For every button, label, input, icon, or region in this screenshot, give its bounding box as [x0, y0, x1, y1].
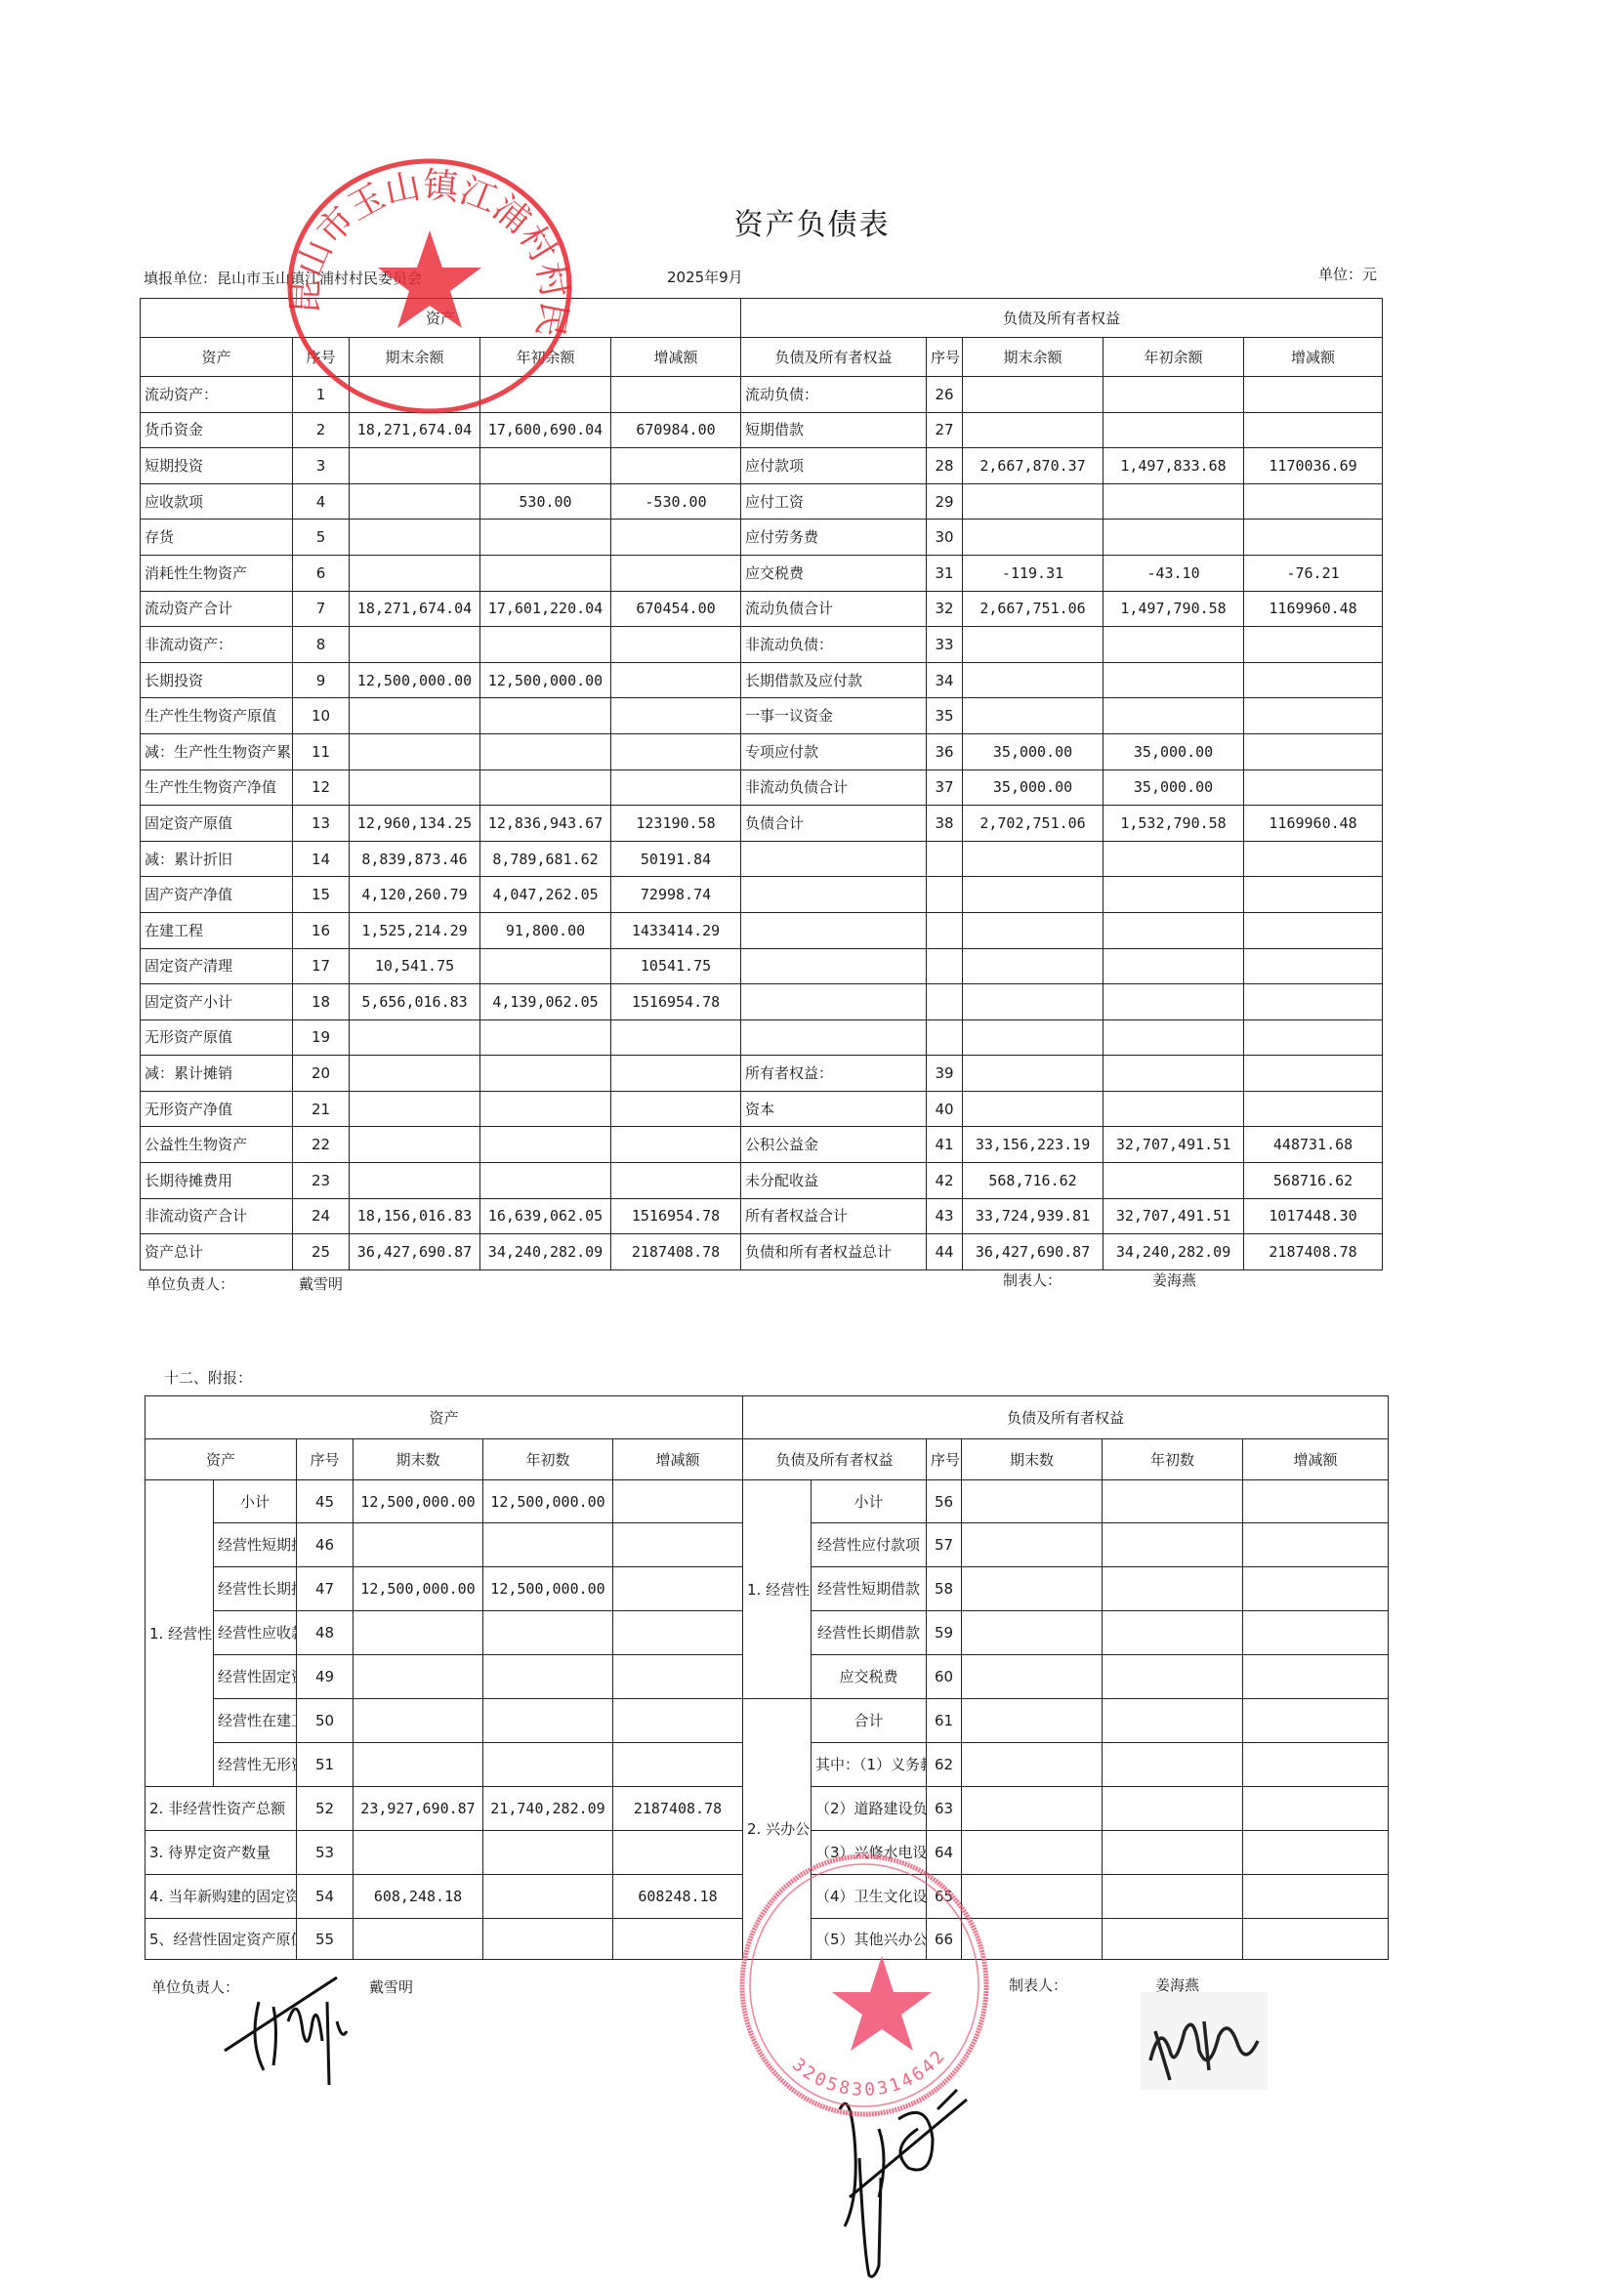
asset-begin-balance — [480, 520, 611, 556]
asset-item-name: 长期投资 — [141, 662, 293, 698]
asset-begin-balance: 4,047,262.05 — [480, 877, 611, 913]
liability-item-name: （4）卫生文化设施负债 — [812, 1875, 927, 1919]
liability-begin-balance — [1103, 877, 1244, 913]
appendix-asset-column-header: 资产 — [146, 1439, 297, 1480]
asset-begin-balance — [480, 627, 611, 663]
liability-end-value — [962, 1831, 1103, 1875]
liability-begin-value — [1103, 1831, 1243, 1875]
appendix-liability-column-header: 年初数 — [1103, 1439, 1243, 1480]
liability-change — [1244, 770, 1383, 806]
liability-change — [1244, 1091, 1383, 1127]
asset-item-number: 3 — [293, 448, 350, 484]
liability-begin-balance — [1103, 984, 1244, 1020]
liability-change — [1244, 377, 1383, 413]
liability-item-number: 62 — [927, 1743, 962, 1787]
asset-item-name: 4. 当年新购建的固定资产 — [146, 1875, 297, 1919]
table-row: 流动资产：1流动负债：26 — [141, 377, 1383, 413]
liability-end-balance — [963, 483, 1103, 520]
appendix-assets-header: 资产 — [146, 1396, 743, 1439]
asset-end-balance: 12,500,000.00 — [350, 662, 480, 698]
balance-sheet-table: 资产 负债及所有者权益 资产序号期末余额年初余额增减额负债及所有者权益序号期末余… — [140, 298, 1383, 1270]
liability-change — [1244, 662, 1383, 698]
asset-begin-balance — [480, 1091, 611, 1127]
asset-begin-balance: 530.00 — [480, 483, 611, 520]
asset-item-number: 17 — [293, 948, 350, 984]
liability-item-number: 60 — [927, 1655, 962, 1699]
asset-end-value — [354, 1831, 483, 1875]
asset-change: 10541.75 — [611, 948, 741, 984]
preparer-label: 制表人： — [1003, 1269, 1062, 1290]
liability-column-header: 增减额 — [1244, 338, 1383, 377]
asset-begin-balance: 17,600,690.04 — [480, 412, 611, 448]
asset-item-name: 经营性固定资产净值 — [214, 1655, 297, 1699]
table-row: 固定资产原值1312,960,134.2512,836,943.67123190… — [141, 806, 1383, 842]
liability-begin-balance — [1103, 1056, 1244, 1092]
asset-change: 50191.84 — [611, 841, 741, 877]
asset-column-header: 序号 — [293, 338, 350, 377]
asset-end-value: 23,927,690.87 — [354, 1787, 483, 1831]
table-row: 减：累计摊销20所有者权益：39 — [141, 1056, 1383, 1092]
asset-change — [613, 1743, 743, 1787]
asset-item-number: 15 — [293, 877, 350, 913]
signature-scribble-icon — [1141, 1992, 1268, 2090]
liability-end-balance — [963, 877, 1103, 913]
asset-begin-balance: 4,139,062.05 — [480, 984, 611, 1020]
table-row: 固定资产小计185,656,016.834,139,062.051516954.… — [141, 984, 1383, 1020]
liability-change — [1244, 1056, 1383, 1092]
asset-change — [611, 627, 741, 663]
liability-item-number: 33 — [927, 627, 963, 663]
asset-item-number: 25 — [293, 1234, 350, 1270]
asset-end-balance: 4,120,260.79 — [350, 877, 480, 913]
table-row: 存货5应付劳务费30 — [141, 520, 1383, 556]
filing-unit: 填报单位：昆山市玉山镇江浦村村民委员会 — [144, 268, 422, 288]
liability-column-header: 负债及所有者权益 — [741, 338, 927, 377]
asset-change: 123190.58 — [611, 806, 741, 842]
asset-change — [611, 377, 741, 413]
liability-change — [1244, 698, 1383, 734]
asset-item-name: 流动资产： — [141, 377, 293, 413]
liability-item-name: 资本 — [741, 1091, 927, 1127]
liability-change: 1169960.48 — [1244, 591, 1383, 627]
liability-begin-balance — [1103, 1091, 1244, 1127]
table-row: 减：生产性生物资产累计折旧11专项应付款3635,000.0035,000.00 — [141, 733, 1383, 770]
liability-item-number: 66 — [927, 1919, 962, 1960]
asset-item-number: 51 — [297, 1743, 354, 1787]
liability-begin-balance — [1103, 412, 1244, 448]
liability-begin-balance: 35,000.00 — [1103, 770, 1244, 806]
liability-end-balance — [963, 1019, 1103, 1056]
liability-item-number: 42 — [927, 1163, 963, 1199]
asset-begin-value: 12,500,000.00 — [483, 1567, 613, 1611]
liability-end-balance: 2,702,751.06 — [963, 806, 1103, 842]
asset-end-value — [354, 1655, 483, 1699]
liability-item-name: 流动负债： — [741, 377, 927, 413]
table-row: 经营性在建工程502. 兴办公益事业负债合计61 — [146, 1699, 1389, 1743]
table-row: 非流动资产：8非流动负债：33 — [141, 627, 1383, 663]
liability-change — [1244, 948, 1383, 984]
appendix-liabilities-header: 负债及所有者权益 — [743, 1396, 1389, 1439]
asset-item-number: 24 — [293, 1198, 350, 1234]
asset-column-header: 期末余额 — [350, 338, 480, 377]
liability-column-header: 序号 — [927, 338, 963, 377]
liability-end-value — [962, 1655, 1103, 1699]
asset-change: 608248.18 — [613, 1875, 743, 1919]
table-row: 减：累计折旧148,839,873.468,789,681.6250191.84 — [141, 841, 1383, 877]
asset-change — [613, 1567, 743, 1611]
liability-end-value — [962, 1875, 1103, 1919]
asset-item-number: 23 — [293, 1163, 350, 1199]
liability-begin-value — [1103, 1743, 1243, 1787]
liability-end-balance — [963, 662, 1103, 698]
asset-item-name: 生产性生物资产净值 — [141, 770, 293, 806]
liability-begin-value — [1103, 1480, 1243, 1523]
liability-item-name: 未分配收益 — [741, 1163, 927, 1199]
liability-item-name: 负债和所有者权益总计 — [741, 1234, 927, 1270]
asset-begin-value — [483, 1655, 613, 1699]
liability-item-name — [741, 877, 927, 913]
liability-item-name: 应付款项 — [741, 448, 927, 484]
asset-end-value — [354, 1743, 483, 1787]
asset-begin-value — [483, 1831, 613, 1875]
liability-change — [1243, 1567, 1389, 1611]
liability-change — [1244, 412, 1383, 448]
liability-change: 1170036.69 — [1244, 448, 1383, 484]
unit-head-label: 单位负责人： — [146, 1273, 234, 1294]
asset-item-name: 资产总计 — [141, 1234, 293, 1270]
asset-begin-value — [483, 1611, 613, 1655]
asset-item-number: 5 — [293, 520, 350, 556]
liability-change — [1244, 877, 1383, 913]
liability-change — [1244, 841, 1383, 877]
liability-begin-value — [1103, 1611, 1243, 1655]
table-row: 流动资产合计718,271,674.0417,601,220.04670454.… — [141, 591, 1383, 627]
asset-change: 72998.74 — [611, 877, 741, 913]
asset-item-number: 48 — [297, 1611, 354, 1655]
asset-change: -530.00 — [611, 483, 741, 520]
asset-change — [611, 1091, 741, 1127]
asset-change: 670454.00 — [611, 591, 741, 627]
liability-end-balance — [963, 377, 1103, 413]
asset-end-balance: 18,271,674.04 — [350, 412, 480, 448]
liability-item-number: 26 — [927, 377, 963, 413]
asset-begin-value — [483, 1523, 613, 1567]
asset-item-name: 经营性短期投资 — [214, 1523, 297, 1567]
asset-item-name: 流动资产合计 — [141, 591, 293, 627]
asset-begin-balance: 12,836,943.67 — [480, 806, 611, 842]
asset-begin-balance — [480, 1019, 611, 1056]
appendix-asset-column-header: 期末数 — [354, 1439, 483, 1480]
asset-item-name: 3. 待界定资产数量 — [146, 1831, 297, 1875]
asset-item-number: 47 — [297, 1567, 354, 1611]
liability-end-value — [962, 1743, 1103, 1787]
liability-item-name: 应交税费 — [741, 555, 927, 591]
asset-item-number: 50 — [297, 1699, 354, 1743]
asset-end-balance: 12,960,134.25 — [350, 806, 480, 842]
liability-end-balance — [963, 1056, 1103, 1092]
liability-item-name: 应付工资 — [741, 483, 927, 520]
asset-begin-balance — [480, 770, 611, 806]
liability-begin-balance — [1103, 841, 1244, 877]
liability-change: 2187408.78 — [1244, 1234, 1383, 1270]
liability-item-number: 44 — [927, 1234, 963, 1270]
asset-item-number: 54 — [297, 1875, 354, 1919]
liability-change: 448731.68 — [1244, 1127, 1383, 1163]
asset-change — [611, 555, 741, 591]
liability-item-name: （5）其他兴办公益事业负债 — [812, 1919, 927, 1960]
asset-begin-balance: 17,601,220.04 — [480, 591, 611, 627]
asset-end-value — [354, 1523, 483, 1567]
liability-item-number: 65 — [927, 1875, 962, 1919]
liability-item-name — [741, 984, 927, 1020]
asset-begin-balance: 12,500,000.00 — [480, 662, 611, 698]
liability-end-balance: -119.31 — [963, 555, 1103, 591]
asset-end-balance — [350, 448, 480, 484]
liability-begin-balance: -43.10 — [1103, 555, 1244, 591]
asset-item-number: 55 — [297, 1919, 354, 1960]
liability-change — [1244, 1019, 1383, 1056]
liability-begin-balance — [1103, 520, 1244, 556]
liability-item-number: 34 — [927, 662, 963, 698]
asset-change — [611, 1163, 741, 1199]
asset-item-name: 固定资产清理 — [141, 948, 293, 984]
liability-begin-balance: 35,000.00 — [1103, 733, 1244, 770]
table-row: 长期投资912,500,000.0012,500,000.00长期借款及应付款3… — [141, 662, 1383, 698]
appendix-liability-column-header: 期末数 — [962, 1439, 1103, 1480]
asset-end-balance — [350, 1127, 480, 1163]
asset-end-balance: 10,541.75 — [350, 948, 480, 984]
asset-item-number: 1 — [293, 377, 350, 413]
asset-change — [611, 698, 741, 734]
asset-item-number: 7 — [293, 591, 350, 627]
asset-item-name: 长期待摊费用 — [141, 1163, 293, 1199]
liability-group-label: 1. 经营性负债总额 — [743, 1480, 812, 1699]
liability-begin-balance — [1103, 1163, 1244, 1199]
liability-item-name: 经营性应付款项 — [812, 1523, 927, 1567]
appendix-liability-column-header: 序号 — [927, 1439, 962, 1480]
liability-end-value — [962, 1611, 1103, 1655]
liability-change — [1244, 984, 1383, 1020]
liability-begin-value — [1103, 1655, 1243, 1699]
asset-item-number: 13 — [293, 806, 350, 842]
liability-end-value — [962, 1567, 1103, 1611]
asset-change: 2187408.78 — [613, 1787, 743, 1831]
table-row: 资产总计2536,427,690.8734,240,282.092187408.… — [141, 1234, 1383, 1270]
asset-item-name: 经营性无形资产 — [214, 1743, 297, 1787]
liability-begin-balance — [1103, 377, 1244, 413]
table-row: 应收款项4530.00-530.00应付工资29 — [141, 483, 1383, 520]
asset-item-name: 减：生产性生物资产累计折旧 — [141, 733, 293, 770]
assets-section-header: 资产 — [141, 299, 741, 338]
liability-end-balance — [963, 984, 1103, 1020]
liability-column-header: 年初余额 — [1103, 338, 1244, 377]
liability-begin-balance — [1103, 912, 1244, 948]
asset-change — [611, 733, 741, 770]
liability-begin-balance — [1103, 662, 1244, 698]
liability-end-balance: 35,000.00 — [963, 770, 1103, 806]
asset-item-name: 固定资产小计 — [141, 984, 293, 1020]
liability-change — [1243, 1523, 1389, 1567]
liability-end-value — [962, 1699, 1103, 1743]
liability-item-name: 所有者权益合计 — [741, 1198, 927, 1234]
liability-item-name: 长期借款及应付款 — [741, 662, 927, 698]
asset-end-balance — [350, 483, 480, 520]
asset-item-number: 49 — [297, 1655, 354, 1699]
liability-item-number — [927, 877, 963, 913]
liability-begin-value — [1103, 1875, 1243, 1919]
liability-change — [1244, 733, 1383, 770]
asset-end-balance — [350, 698, 480, 734]
liability-item-name — [741, 912, 927, 948]
asset-item-name: 应收款项 — [141, 483, 293, 520]
asset-column-header: 年初余额 — [480, 338, 611, 377]
liability-end-balance: 35,000.00 — [963, 733, 1103, 770]
liability-item-name: 所有者权益： — [741, 1056, 927, 1092]
liability-item-name: 其中：（1）义务教育负债 — [812, 1743, 927, 1787]
asset-item-number: 4 — [293, 483, 350, 520]
table-row: 无形资产原值19 — [141, 1019, 1383, 1056]
asset-item-number: 52 — [297, 1787, 354, 1831]
asset-item-number: 19 — [293, 1019, 350, 1056]
asset-item-name: 经营性长期投资 — [214, 1567, 297, 1611]
asset-begin-value — [483, 1875, 613, 1919]
liability-item-number: 32 — [927, 591, 963, 627]
asset-change: 1516954.78 — [611, 984, 741, 1020]
asset-change — [613, 1655, 743, 1699]
liability-item-number — [927, 948, 963, 984]
asset-item-name: 短期投资 — [141, 448, 293, 484]
asset-begin-value: 21,740,282.09 — [483, 1787, 613, 1831]
asset-end-balance: 8,839,873.46 — [350, 841, 480, 877]
liability-item-name — [741, 1019, 927, 1056]
liability-item-number: 36 — [927, 733, 963, 770]
asset-change — [613, 1699, 743, 1743]
liability-begin-value — [1103, 1567, 1243, 1611]
liability-end-balance — [963, 698, 1103, 734]
currency-unit: 单位：元 — [1318, 264, 1377, 284]
asset-change — [613, 1480, 743, 1523]
table-row: 生产性生物资产原值10一事一议资金35 — [141, 698, 1383, 734]
liability-begin-balance — [1103, 627, 1244, 663]
asset-begin-balance — [480, 1127, 611, 1163]
asset-end-balance: 1,525,214.29 — [350, 912, 480, 948]
asset-end-balance — [350, 555, 480, 591]
asset-change — [611, 770, 741, 806]
asset-end-value: 608,248.18 — [354, 1875, 483, 1919]
asset-change — [613, 1523, 743, 1567]
asset-end-balance — [350, 1019, 480, 1056]
liability-begin-balance — [1103, 948, 1244, 984]
liability-begin-value — [1103, 1787, 1243, 1831]
asset-item-name: 在建工程 — [141, 912, 293, 948]
liability-change: 1017448.30 — [1244, 1198, 1383, 1234]
liability-item-name: 负债合计 — [741, 806, 927, 842]
asset-item-number: 12 — [293, 770, 350, 806]
liability-item-name: 流动负债合计 — [741, 591, 927, 627]
report-period: 2025年9月 — [667, 267, 743, 287]
liability-end-balance — [963, 912, 1103, 948]
table-row: 固产资产净值154,120,260.794,047,262.0572998.74 — [141, 877, 1383, 913]
asset-begin-value — [483, 1743, 613, 1787]
liability-item-number: 38 — [927, 806, 963, 842]
preparer-name: 姜海燕 — [1152, 1269, 1196, 1290]
red-star-seal-icon — [832, 1956, 932, 2051]
asset-end-balance — [350, 627, 480, 663]
asset-begin-balance — [480, 733, 611, 770]
asset-item-name: 非流动资产合计 — [141, 1198, 293, 1234]
liability-item-name: 经营性短期借款 — [812, 1567, 927, 1611]
appendix-asset-column-header: 年初数 — [483, 1439, 613, 1480]
asset-item-number: 53 — [297, 1831, 354, 1875]
asset-item-number: 46 — [297, 1523, 354, 1567]
asset-begin-value — [483, 1919, 613, 1960]
liability-item-number — [927, 912, 963, 948]
liability-item-number — [927, 1019, 963, 1056]
liability-end-balance: 2,667,870.37 — [963, 448, 1103, 484]
asset-item-number: 11 — [293, 733, 350, 770]
liability-item-number: 57 — [927, 1523, 962, 1567]
liability-end-balance — [963, 948, 1103, 984]
liability-change — [1243, 1875, 1389, 1919]
liability-end-balance — [963, 1091, 1103, 1127]
liability-change — [1243, 1699, 1389, 1743]
liability-change — [1244, 483, 1383, 520]
liability-end-balance: 2,667,751.06 — [963, 591, 1103, 627]
liability-begin-balance: 1,497,833.68 — [1103, 448, 1244, 484]
liability-item-number: 58 — [927, 1567, 962, 1611]
liability-item-name: 合计 — [812, 1699, 927, 1743]
asset-column-header: 资产 — [141, 338, 293, 377]
asset-begin-balance — [480, 555, 611, 591]
asset-item-name: 消耗性生物资产 — [141, 555, 293, 591]
liability-item-number: 63 — [927, 1787, 962, 1831]
liability-change — [1244, 912, 1383, 948]
liability-end-balance: 33,724,939.81 — [963, 1198, 1103, 1234]
liability-item-name: 经营性长期借款 — [812, 1611, 927, 1655]
asset-item-number: 22 — [293, 1127, 350, 1163]
liability-item-name: 非流动负债： — [741, 627, 927, 663]
liability-group-label: 2. 兴办公益事业负债 — [743, 1699, 812, 1960]
table-row: 非流动资产合计2418,156,016.8316,639,062.0515169… — [141, 1198, 1383, 1234]
liability-item-number: 30 — [927, 520, 963, 556]
table-row: 长期待摊费用23未分配收益42568,716.62568716.62 — [141, 1163, 1383, 1199]
liability-item-name: 一事一议资金 — [741, 698, 927, 734]
asset-item-name: 经营性在建工程 — [214, 1699, 297, 1743]
asset-item-name: 减：累计摊销 — [141, 1056, 293, 1092]
asset-change — [611, 662, 741, 698]
asset-change — [611, 1127, 741, 1163]
liability-item-number: 37 — [927, 770, 963, 806]
liability-item-number: 39 — [927, 1056, 963, 1092]
asset-item-number: 2 — [293, 412, 350, 448]
liability-item-number: 59 — [927, 1611, 962, 1655]
liability-item-name: 小计 — [812, 1480, 927, 1523]
asset-item-name: 公益性生物资产 — [141, 1127, 293, 1163]
liability-item-name: （2）道路建设负债 — [812, 1787, 927, 1831]
appendix-table: 资产 负债及所有者权益 资产序号期末数年初数增减额负债及所有者权益序号期末数年初… — [145, 1395, 1389, 1960]
liability-change: 568716.62 — [1244, 1163, 1383, 1199]
table-row: 固定资产清理1710,541.7510541.75 — [141, 948, 1383, 984]
asset-begin-balance — [480, 948, 611, 984]
liability-end-balance: 568,716.62 — [963, 1163, 1103, 1199]
asset-end-value: 12,500,000.00 — [354, 1480, 483, 1523]
asset-end-balance: 18,156,016.83 — [350, 1198, 480, 1234]
asset-end-balance — [350, 733, 480, 770]
liability-item-number: 35 — [927, 698, 963, 734]
liability-item-number: 61 — [927, 1699, 962, 1743]
asset-begin-balance: 91,800.00 — [480, 912, 611, 948]
liability-change — [1243, 1787, 1389, 1831]
